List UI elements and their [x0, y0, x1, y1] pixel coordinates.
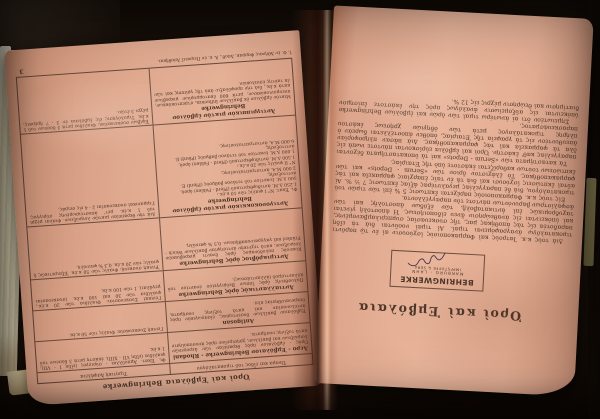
table-row: Ἀντιγονοκοκκικὸν μικτὸν ἐμβόλιον Behring… [21, 115, 302, 227]
packaging-cell: Ἐφίβων συσκευασίαι: Φιαλίδια μετὰ 3 δόσε… [17, 69, 152, 134]
price-table: Ὄνομα καὶ εἶδος τοῦ τιμοκαταλόγου Τιμητι… [16, 58, 314, 384]
right-page: Ὀροὶ καὶ Ἐμβόλαια BEHRINGWERKE MARBURG -… [314, 5, 593, 396]
product-cell: Ἀντιμικρόβιος ὀρὸς Behringwerke Κυανοῦς … [159, 209, 306, 271]
terms-text: Διὰ τοὺς κ.κ. Ἰατροὺς καὶ Φαρμακοποιοὺς … [332, 91, 579, 244]
book-photo: Ὀροὶ καὶ Ἐμβόλαια Behringwerke Ὄνομα καὶ… [0, 0, 600, 419]
top-margin [325, 314, 568, 388]
product-dose-list: Φι. Ἑκατ. Ν° Ι φιαλὶς τῶν 10 κ.ἑκ.: 1.25… [158, 137, 298, 200]
packaging-cell: Διὰ τὴν θεραπείαν μικτῶν λοιμώξεων. Φιάλ… [21, 126, 159, 227]
product-cell: Ἀντιγριππικὸν μικτὸν ἐμβόλιον Behringwer… [148, 59, 295, 125]
page-number: 3 [19, 68, 24, 75]
behringwerke-stamp: BEHRINGWERKE MARBURG - LAHN IMPFSTOFFE &… [389, 250, 485, 292]
left-page: Ὀροὶ καὶ Ἐμβόλαια Behringwerke Ὄνομα καὶ… [4, 30, 324, 406]
packaging-cell: Ῥινικὴ συσκευή: Φιαλὶς τῶν 50 κ.ἑκ. Ἐξαι… [27, 219, 162, 280]
left-page-content: Ὀροὶ καὶ Ἐμβόλαια Behringwerke Ὄνομα καὶ… [14, 38, 314, 396]
product-cell: Ἀντιγονοκοκκικὸν μικτὸν ἐμβόλιον Behring… [152, 116, 301, 218]
right-page-content: Ὀροὶ καὶ Ἐμβόλαια BEHRINGWERKE MARBURG -… [325, 14, 584, 388]
